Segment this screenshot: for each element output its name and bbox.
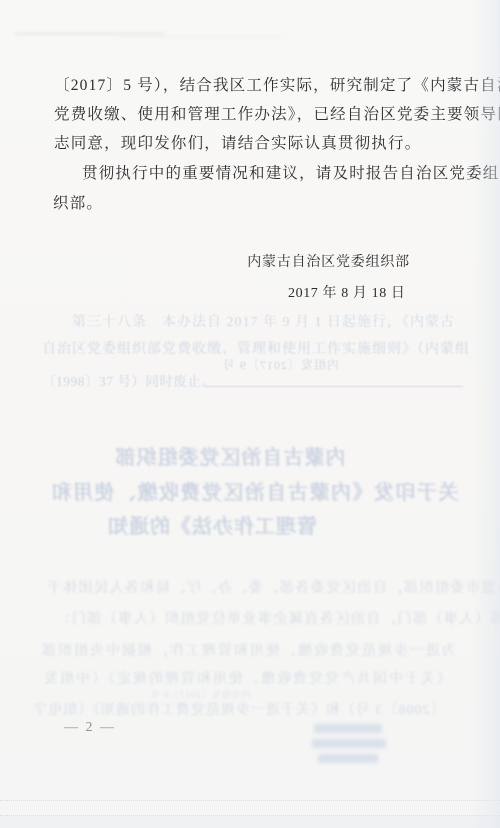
signature-date: 2017 年 8 月 18 日 xyxy=(288,282,406,302)
ghost-note-line: 〔1998〕37 号）同时废止。 xyxy=(42,370,215,390)
ghost-note-line: 第三十八条 本办法自 2017 年 9 月 1 日起施行，《内蒙古 xyxy=(72,311,455,331)
page-number: — 2 — xyxy=(64,720,116,736)
scan-edge-line xyxy=(0,800,500,801)
scan-bottom-band xyxy=(0,816,500,828)
ghost-ink-block xyxy=(318,754,378,763)
body-line: 织部。 xyxy=(53,191,103,213)
ghost-body-line: 各盟市委组织部，自治区党委各部、委、办、厅、局和各人民团体干 xyxy=(46,577,500,597)
ghost-body-line: 《关于中国共产党党费收缴、使用和管理的规定》（中组发 xyxy=(42,668,451,688)
ghost-note-line-mirrored: 内组发〔2017〕9 号 xyxy=(222,356,339,373)
ghost-ink-block xyxy=(314,724,382,733)
scan-smudge xyxy=(15,32,165,35)
ghost-ink-block xyxy=(312,739,386,748)
ghost-body-line: 部（人事）部门，自治区各直属企事业单位党组织（人事）部门： xyxy=(55,608,500,628)
body-line: 〔2017〕5 号），结合我区工作实际，研究制定了《内蒙古自治区 xyxy=(54,73,500,95)
body-line: 贯彻执行中的重要情况和建议，请及时报告自治区党委组 xyxy=(82,161,500,183)
body-line: 志同意，现印发你们，请结合实际认真贯彻执行。 xyxy=(54,131,421,153)
scan-edge-line xyxy=(0,815,500,816)
scanned-document-page: 〔2017〕5 号），结合我区工作实际，研究制定了《内蒙古自治区 党费收缴、使用… xyxy=(0,0,500,828)
ghost-body-line: 〔2008〕3 号）和《关于进一步规范党费工作的通知》（组电字 xyxy=(32,699,445,719)
ghost-title-line: 管理工作办法》的通知 xyxy=(0,510,424,539)
ghost-body-line: 为进一步规范党费收缴、使用和管理工作，根据中央组织部 xyxy=(40,640,456,660)
ghost-title-line: 关于印发《内蒙古自治区党费收缴、使用和 xyxy=(50,476,459,505)
body-line: 党费收缴、使用和管理工作办法》，已经自治区党委主要领导同 xyxy=(54,102,500,124)
scan-smudge xyxy=(120,36,280,38)
ghost-note-line: 自治区党委组织部党费收缴、管理和使用工作实施细则》（内蒙组 xyxy=(42,338,470,358)
signature-organization: 内蒙古自治区党委组织部 xyxy=(247,251,410,271)
ghost-title-line: 内蒙古自治区党委组织部 xyxy=(0,441,460,470)
ghost-underline xyxy=(205,386,463,387)
